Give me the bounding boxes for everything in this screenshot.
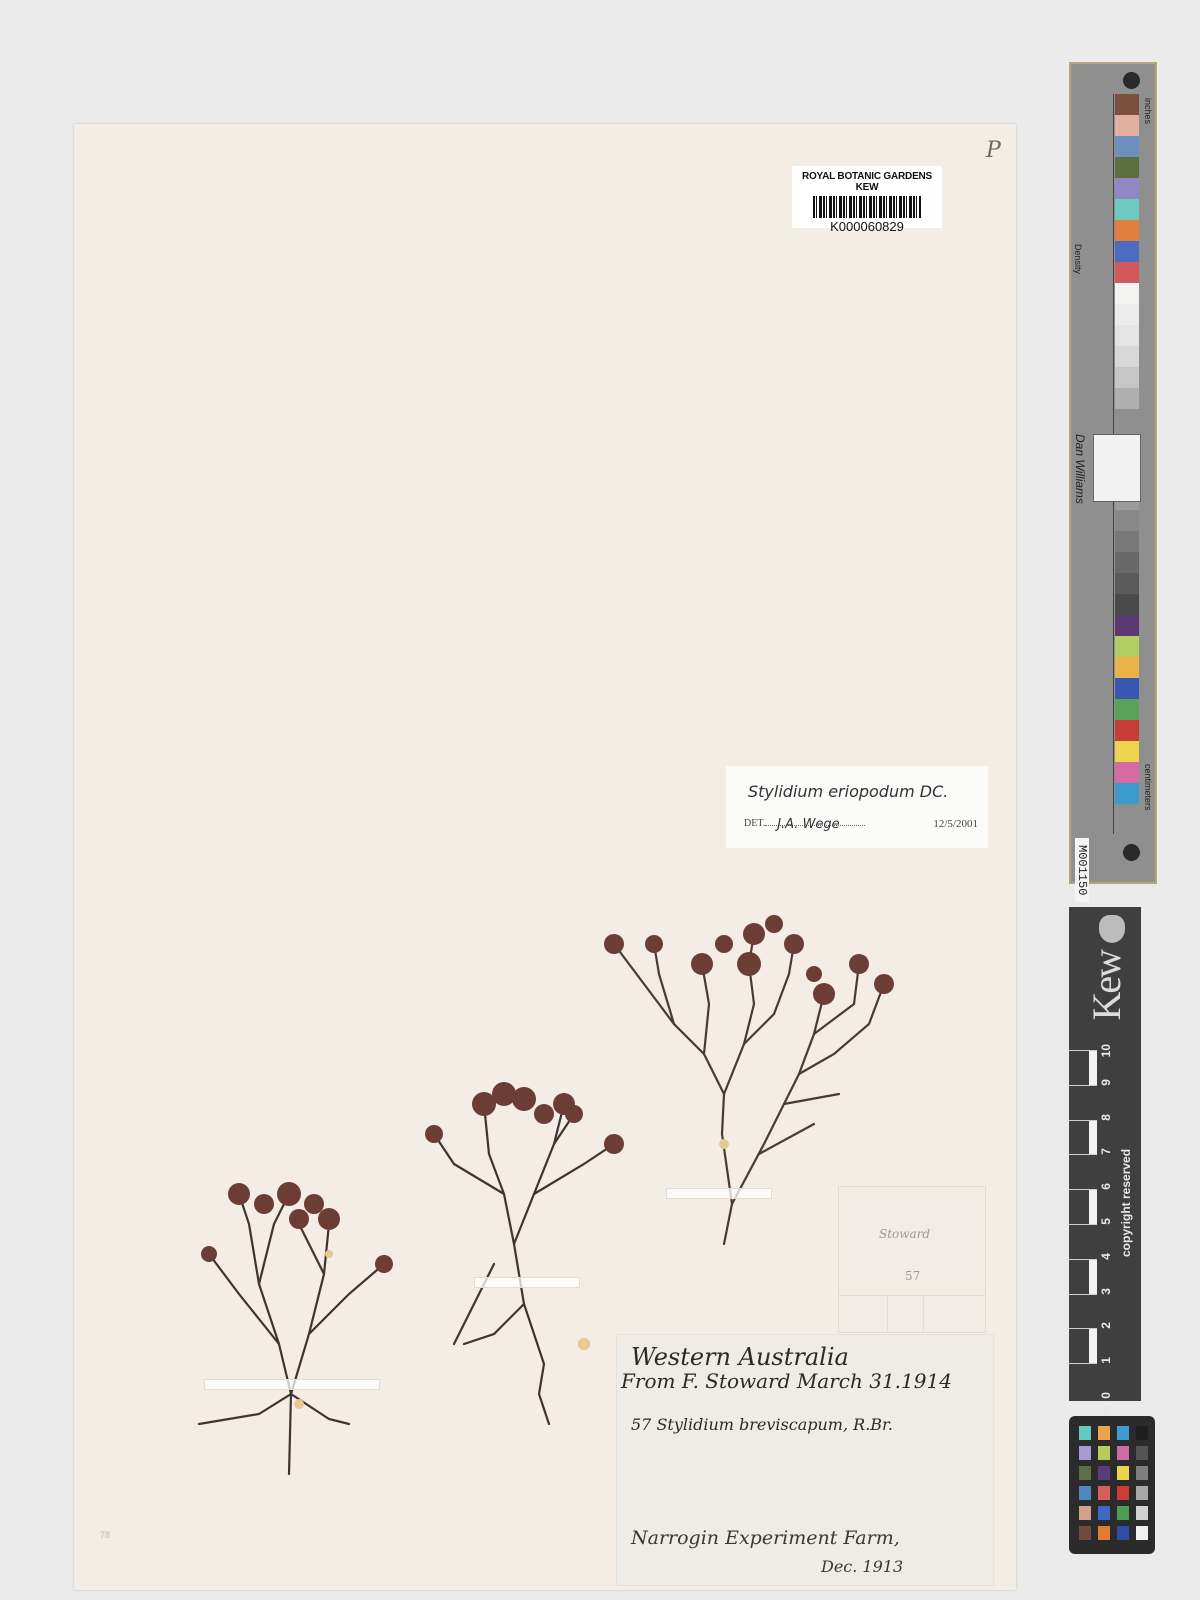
color-swatch: [1117, 1446, 1129, 1460]
color-patch: [1115, 783, 1139, 804]
collector-name: Stoward: [879, 1227, 930, 1241]
collector-label: Stoward 57: [838, 1186, 986, 1333]
color-swatch: [1098, 1446, 1110, 1460]
color-patch: [1115, 178, 1139, 199]
color-patch: [1115, 720, 1139, 741]
determiner-line: DET.J.A. Wege: [744, 818, 865, 829]
ruler-tick-label: 8: [1099, 1114, 1113, 1121]
color-swatch: [1098, 1466, 1110, 1480]
color-calibration-bar: Density Dan Williams inches centimeters …: [1069, 62, 1157, 884]
specimen-plant-left: [179, 1164, 409, 1484]
mounting-strap: [474, 1277, 580, 1288]
registration-dot-top: [1123, 72, 1140, 89]
color-swatch: [1079, 1426, 1091, 1440]
ruler-tick-label: 10: [1099, 1044, 1113, 1057]
color-patch: [1115, 636, 1139, 657]
color-swatch: [1136, 1426, 1148, 1440]
color-swatch: [1079, 1506, 1091, 1520]
ruler-segment: [1069, 1120, 1097, 1155]
color-patch: [1115, 531, 1139, 552]
ruler-segment: [1069, 1363, 1097, 1398]
density-label: Density: [1073, 244, 1083, 274]
barcode-number: K000060829: [792, 219, 942, 234]
color-swatch: [1079, 1446, 1091, 1460]
color-swatch: [1079, 1486, 1091, 1500]
color-swatch: [1098, 1526, 1110, 1540]
color-swatch: [1136, 1506, 1148, 1520]
color-swatch: [1136, 1466, 1148, 1480]
color-patch: [1115, 573, 1139, 594]
determination-date: 12/5/2001: [933, 818, 978, 830]
color-swatch: [1079, 1526, 1091, 1540]
ruler-tick-label: 1: [1099, 1357, 1113, 1364]
color-patch: [1115, 762, 1139, 783]
ruler-segment: [1069, 1189, 1097, 1224]
ruler-segment: [1069, 1050, 1097, 1085]
color-swatch: [1098, 1426, 1110, 1440]
brand-label: Dan Williams: [1073, 434, 1087, 504]
ruler-tick-label: 5: [1099, 1218, 1113, 1225]
ruler-segment: [1069, 1085, 1097, 1120]
locality-detail: Narrogin Experiment Farm,: [631, 1527, 900, 1549]
color-swatch: [1098, 1506, 1110, 1520]
color-patch: [1115, 220, 1139, 241]
color-patch: [1115, 115, 1139, 136]
color-patch: [1115, 367, 1139, 388]
determined-taxon: Stylidium eriopodum DC.: [748, 782, 948, 801]
color-patch: [1115, 346, 1139, 367]
color-patch: [1115, 283, 1139, 304]
determination-label: Stylidium eriopodum DC. DET.J.A. Wege 12…: [726, 766, 988, 848]
barcode-label: ROYAL BOTANIC GARDENS KEW K000060829: [792, 166, 942, 228]
cm-ticks: 109876543210cm: [1099, 1050, 1117, 1398]
color-patch: [1115, 388, 1139, 409]
ruler-segment: [1069, 1294, 1097, 1329]
color-patch: [1115, 552, 1139, 573]
color-patch: [1115, 94, 1139, 115]
ruler-tick-label: 0: [1099, 1392, 1113, 1399]
color-checker-card: [1069, 1416, 1155, 1554]
color-swatch: [1117, 1486, 1129, 1500]
color-patch: [1115, 657, 1139, 678]
det-prefix: DET.: [744, 818, 765, 829]
color-patch: [1115, 241, 1139, 262]
collector-number: 57: [905, 1269, 920, 1283]
ruler-tick-label: 4: [1099, 1253, 1113, 1260]
institution-name: ROYAL BOTANIC GARDENS KEW: [792, 171, 942, 193]
color-patch: [1115, 199, 1139, 220]
ruler-tick-label: 3: [1099, 1288, 1113, 1295]
color-patch: [1115, 510, 1139, 531]
color-swatch: [1079, 1466, 1091, 1480]
ruler-segment: [1069, 1154, 1097, 1189]
label-grid: [839, 1295, 985, 1332]
color-patch: [1115, 594, 1139, 615]
ruler-segment: [1069, 1328, 1097, 1363]
ruler-segment: [1069, 1259, 1097, 1294]
color-swatch: [1136, 1526, 1148, 1540]
determiner-name: J.A. Wege: [777, 817, 839, 832]
locality-region: Western Australia: [631, 1343, 849, 1371]
color-patch: [1115, 325, 1139, 346]
centimeters-label: centimeters: [1143, 764, 1153, 811]
original-specimen-label: Western Australia From F. Stoward March …: [616, 1334, 994, 1586]
color-swatch: [1117, 1426, 1129, 1440]
color-swatch: [1098, 1486, 1110, 1500]
copyright-text: copyright reserved: [1119, 1057, 1133, 1257]
inches-label: inches: [1143, 98, 1153, 124]
mounting-strap: [204, 1379, 380, 1390]
color-swatch: [1117, 1506, 1129, 1520]
ruler-tick-label: 7: [1099, 1148, 1113, 1155]
kew-crest-icon: [1099, 915, 1125, 943]
color-swatch: [1136, 1486, 1148, 1500]
ruler-segment: [1069, 1224, 1097, 1259]
color-patch: [1115, 678, 1139, 699]
color-swatch: [1117, 1526, 1129, 1540]
mounting-strap: [666, 1188, 772, 1199]
color-patch: [1115, 136, 1139, 157]
herbarium-sheet: P ROYAL BOTANIC GARDENS KEW K000060829 S…: [74, 124, 1016, 1590]
registration-dot-bottom: [1123, 844, 1140, 861]
color-swatch: [1117, 1466, 1129, 1480]
ruler-tick-label: 9: [1099, 1079, 1113, 1086]
ruler-tick-label: 2: [1099, 1322, 1113, 1329]
ruler-tick-label: 6: [1099, 1183, 1113, 1190]
resolution-gauge: [1093, 434, 1141, 502]
cm-ruler: [1069, 1050, 1097, 1398]
kew-logo: Kew: [1083, 951, 1130, 1021]
color-patch: [1115, 615, 1139, 636]
color-swatch: [1136, 1446, 1148, 1460]
corner-number: 78: [100, 1530, 110, 1540]
collection-date: Dec. 1913: [821, 1557, 903, 1576]
color-patch: [1115, 262, 1139, 283]
target-id: M001150: [1075, 838, 1089, 902]
color-patch: [1115, 157, 1139, 178]
color-patch: [1115, 699, 1139, 720]
kew-scale-bar: Kew copyright reserved 109876543210cm: [1069, 907, 1141, 1401]
color-patch: [1115, 741, 1139, 762]
color-patch: [1115, 304, 1139, 325]
barcode-icon: [813, 196, 921, 218]
pen-mark: P: [986, 138, 1001, 163]
collector-and-date: From F. Stoward March 31.1914: [621, 1369, 952, 1393]
original-determination: 57 Stylidium breviscapum, R.Br.: [631, 1415, 893, 1434]
